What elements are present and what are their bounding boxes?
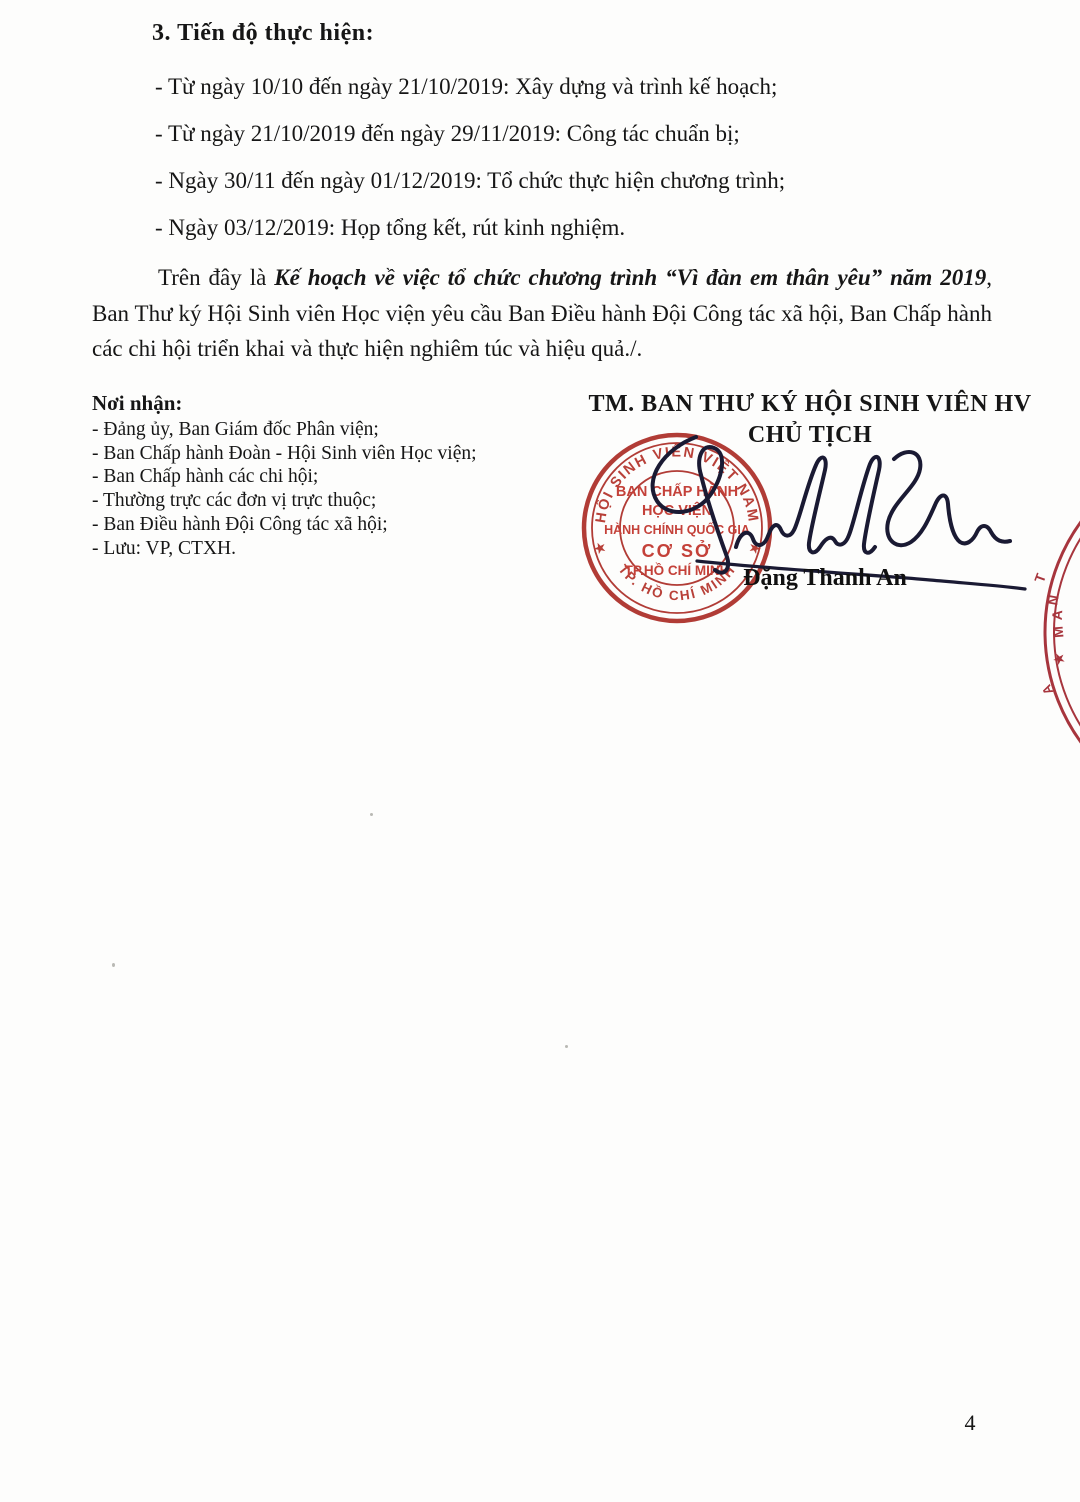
stamp-center-line: HÀNH CHÍNH QUỐC GIA — [604, 522, 750, 537]
recipients-list: - Đảng ủy, Ban Giám đốc Phân viện; - Ban… — [92, 418, 477, 560]
recipient-item: - Đảng ủy, Ban Giám đốc Phân viện; — [92, 418, 477, 442]
stamp-star-right: ★ — [745, 539, 764, 559]
edge-stamp: T N A M ★ A — [1031, 445, 1080, 819]
edge-stamp-letter: N — [1044, 594, 1062, 607]
scan-speck — [565, 1045, 568, 1048]
recipient-item: - Lưu: VP, CTXH. — [92, 537, 477, 561]
schedule-item: - Ngày 30/11 đến ngày 01/12/2019: Tổ chứ… — [155, 168, 785, 194]
closing-emphasis: Kế hoạch về việc tổ chức chương trình “V… — [274, 265, 986, 290]
edge-stamp-letter: A — [1038, 682, 1056, 697]
document-page: 3. Tiến độ thực hiện: - Từ ngày 10/10 đế… — [0, 0, 1080, 1502]
schedule-item: - Ngày 03/12/2019: Họp tổng kết, rút kin… — [155, 215, 625, 241]
stamp-outer-ring — [584, 435, 770, 621]
recipient-item: - Ban Chấp hành các chi hội; — [92, 465, 477, 489]
edge-stamp-star: ★ — [1051, 651, 1069, 667]
stamp-ring-text-top: HỘI SINH VIÊN VIỆT NAM — [593, 443, 761, 525]
edge-stamp-letter: A — [1049, 610, 1066, 621]
schedule-item: - Từ ngày 10/10 đến ngày 21/10/2019: Xây… — [155, 74, 777, 100]
signer-title-line: CHỦ TỊCH — [555, 422, 1065, 449]
edge-stamp-letter: M — [1050, 625, 1067, 638]
signer-name: Đặng Thanh An — [560, 565, 1080, 592]
stamp-star-left: ★ — [591, 539, 610, 559]
official-stamp: HỘI SINH VIÊN VIỆT NAM TP. HỒ CHÍ MINH ★… — [584, 435, 770, 621]
stamp-center-line: BAN CHẤP HÀNH — [616, 483, 738, 500]
section-heading: 3. Tiến độ thực hiện: — [152, 20, 374, 47]
recipient-item: - Thường trực các đơn vị trực thuộc; — [92, 489, 477, 513]
closing-lead: Trên đây là — [158, 265, 274, 290]
scan-speck — [112, 963, 115, 967]
recipient-item: - Ban Chấp hành Đoàn - Hội Sinh viên Học… — [92, 442, 477, 466]
stamp-center-line: CƠ SỞ — [642, 540, 713, 561]
stamp-center-line: HỌC VIỆN — [642, 501, 712, 519]
recipients-heading: Nơi nhận: — [92, 391, 182, 416]
page-number: 4 — [940, 1410, 1000, 1436]
scan-speck — [370, 813, 373, 816]
edge-stamp-inner-arc — [1054, 454, 1080, 810]
closing-paragraph: Trên đây là Kế hoạch về việc tổ chức chư… — [92, 260, 992, 367]
schedule-item: - Từ ngày 21/10/2019 đến ngày 29/11/2019… — [155, 121, 740, 147]
edge-stamp-outer-arc — [1045, 445, 1080, 819]
signing-authority-line: TM. BAN THƯ KÝ HỘI SINH VIÊN HV — [555, 391, 1065, 418]
recipient-item: - Ban Điều hành Đội Công tác xã hội; — [92, 513, 477, 537]
